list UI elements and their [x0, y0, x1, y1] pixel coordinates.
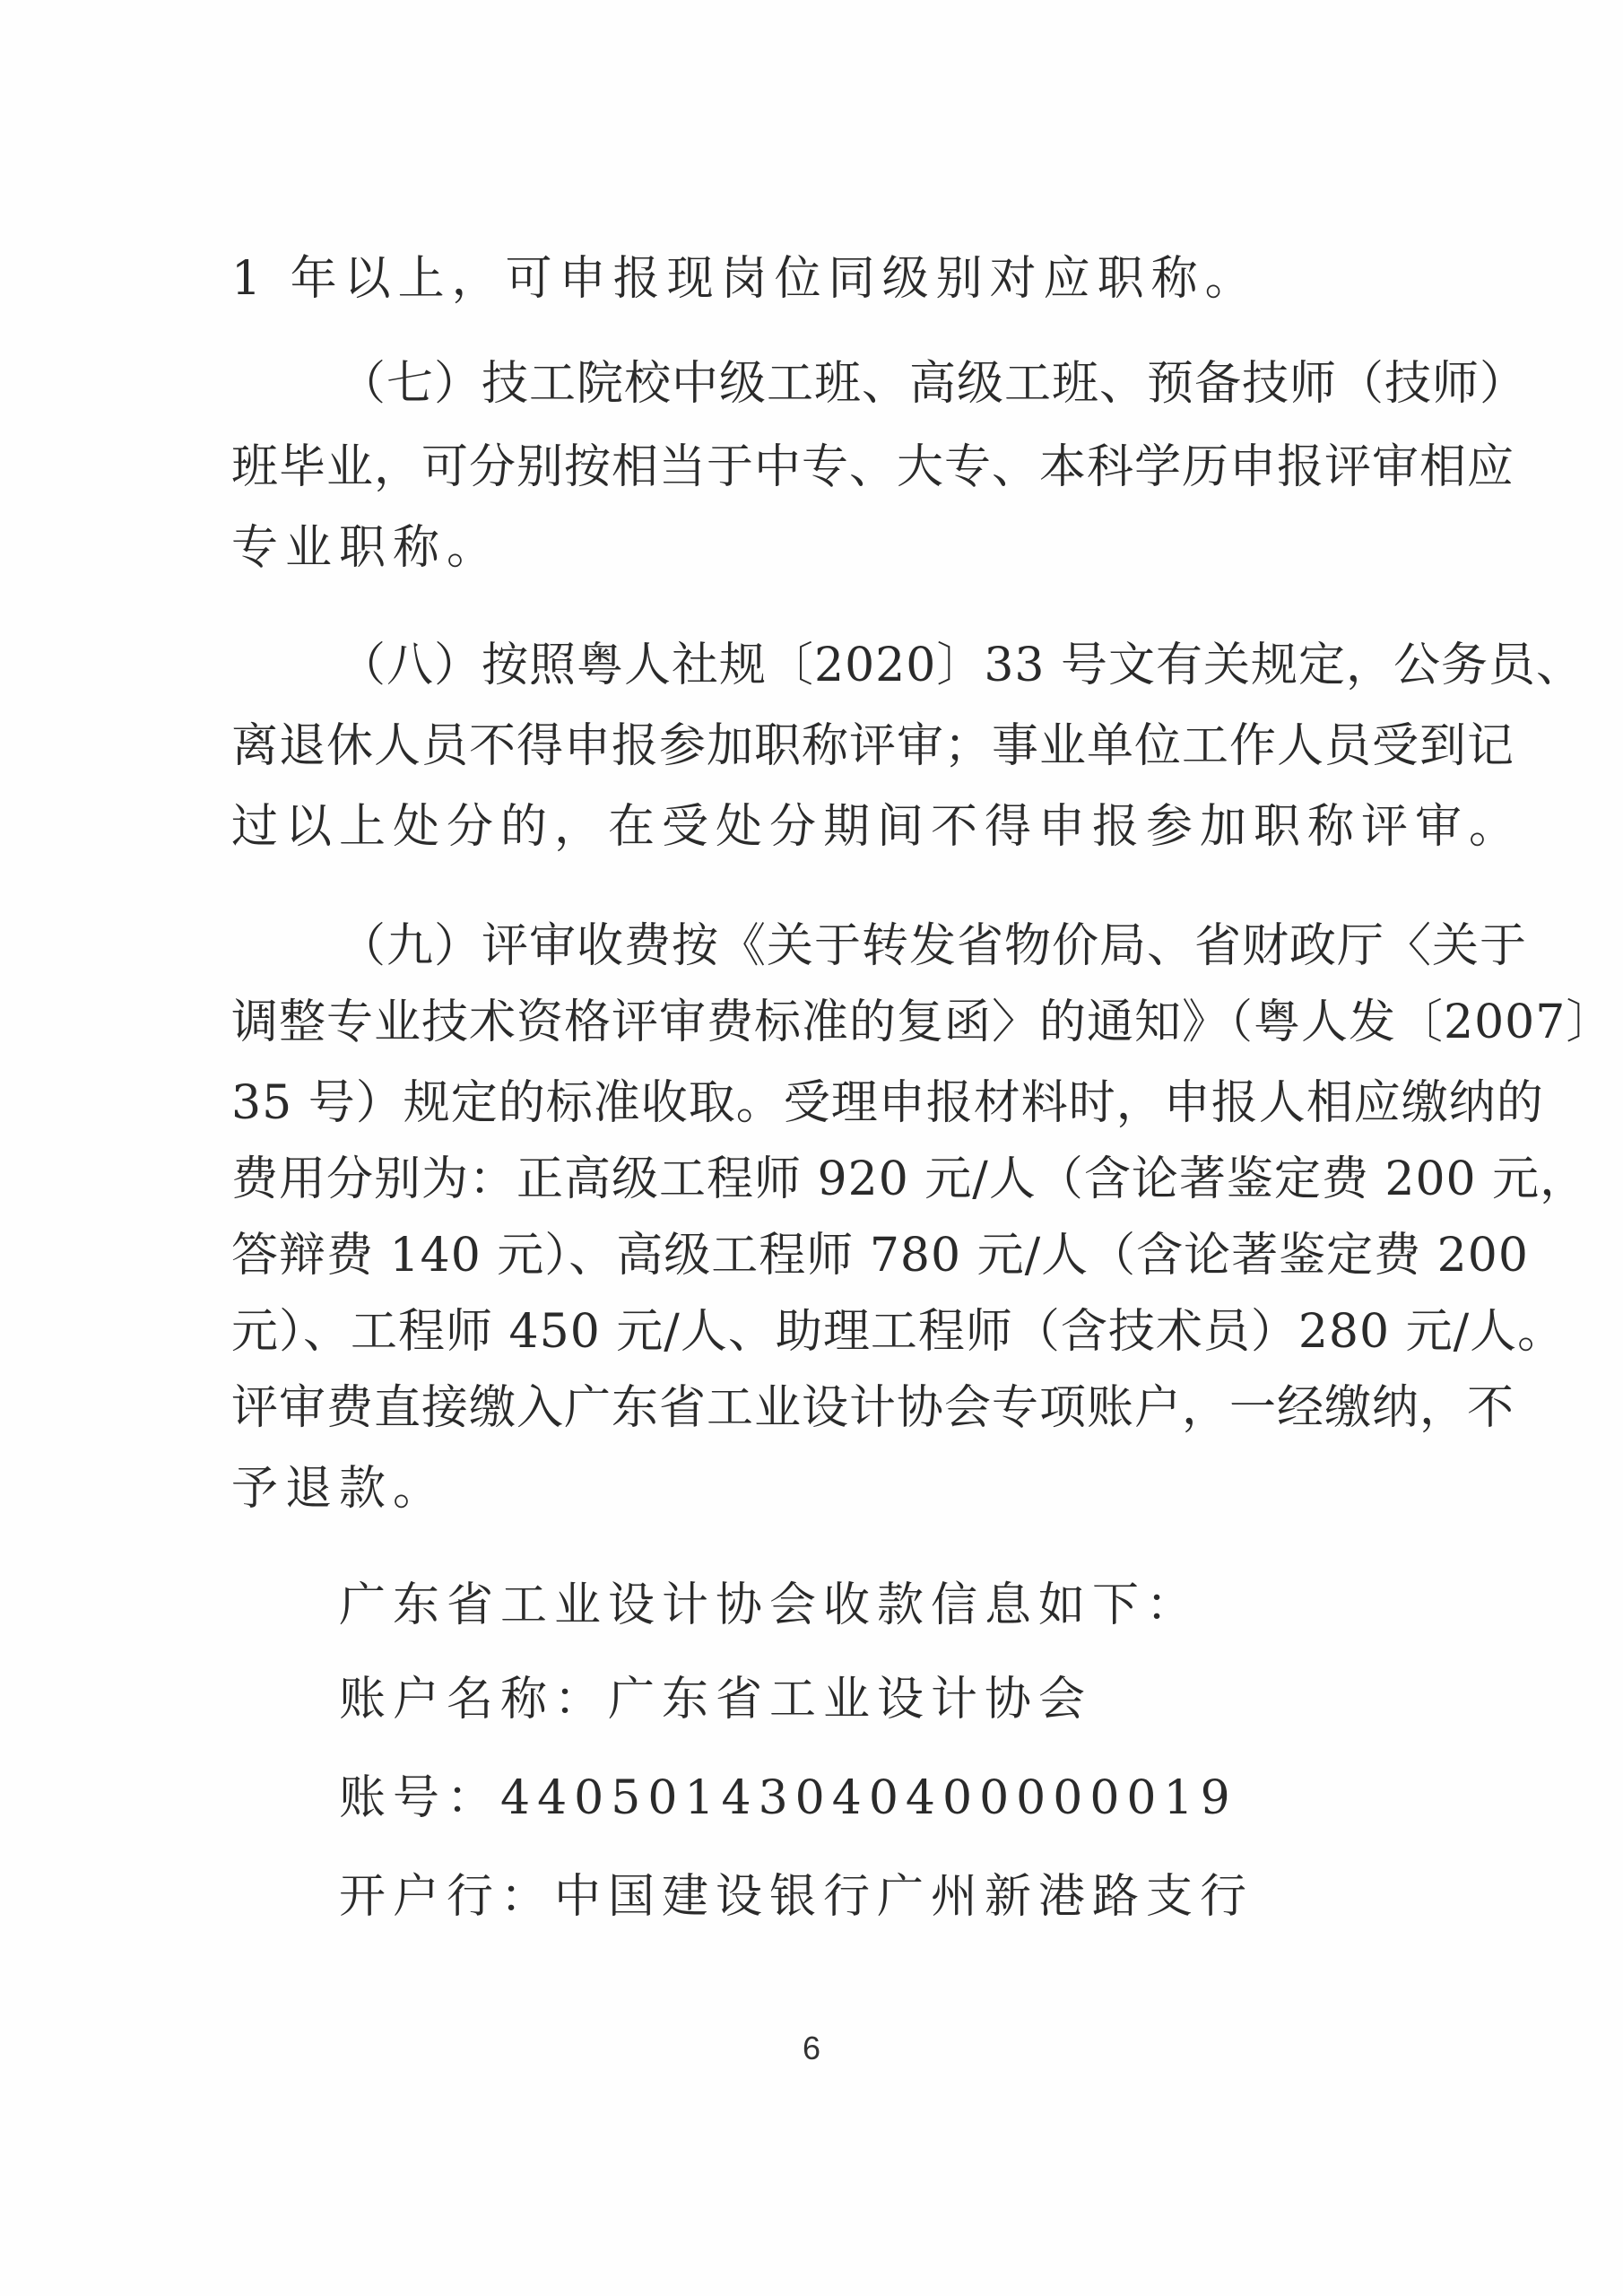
item-7-line-3: 专业职称。 [231, 517, 1428, 579]
item-7-line-1: （七）技工院校中级工班、高级工班、预备技师（技师） [339, 352, 1428, 415]
item-7-line-2: 班毕业，可分别按相当于中专、大专、本科学历申报评审相应 [231, 436, 1428, 499]
item-9-line-6: 元）、工程师 450 元/人、助理工程师（含技术员）280 元/人。 [231, 1300, 1428, 1363]
item-9-line-8: 予退款。 [231, 1457, 1428, 1520]
bank-name: 开户行：中国建设银行广州新港路支行 [339, 1865, 1428, 1928]
item-8-line-2: 离退休人员不得申报参加职称评审；事业单位工作人员受到记 [231, 715, 1428, 778]
item-8-line-3: 过以上处分的，在受处分期间不得申报参加职称评审。 [231, 796, 1428, 858]
item-9-line-5: 答辩费 140 元）、高级工程师 780 元/人（含论著鉴定费 200 [231, 1224, 1428, 1287]
item-9-line-4: 费用分别为：正高级工程师 920 元/人（含论著鉴定费 200 元， [231, 1148, 1428, 1211]
document-page: 1 年以上，可申报现岗位同级别对应职称。 （七）技工院校中级工班、高级工班、预备… [0, 0, 1623, 2296]
item-9-line-1: （九）评审收费按《关于转发省物价局、省财政厅〈关于 [339, 915, 1428, 978]
item-9-line-2: 调整专业技术资格评审费标准的复函〉的通知》（粤人发〔2007〕 [231, 991, 1428, 1054]
account-name: 账户名称：广东省工业设计协会 [339, 1668, 1428, 1731]
item-8-line-1: （八）按照粤人社规〔2020〕33 号文有关规定，公务员、 [339, 634, 1428, 697]
page-number: 6 [0, 2029, 1623, 2068]
item-9-line-3: 35 号）规定的标准收取。受理申报材料时，申报人相应缴纳的 [231, 1072, 1428, 1135]
paragraph-continuation-line: 1 年以上，可申报现岗位同级别对应职称。 [231, 248, 1428, 310]
item-9-line-7: 评审费直接缴入广东省工业设计协会专项账户，一经缴纳，不 [231, 1377, 1428, 1439]
account-number: 账号：44050143040400000019 [339, 1767, 1428, 1830]
payment-info-heading: 广东省工业设计协会收款信息如下： [339, 1574, 1428, 1637]
